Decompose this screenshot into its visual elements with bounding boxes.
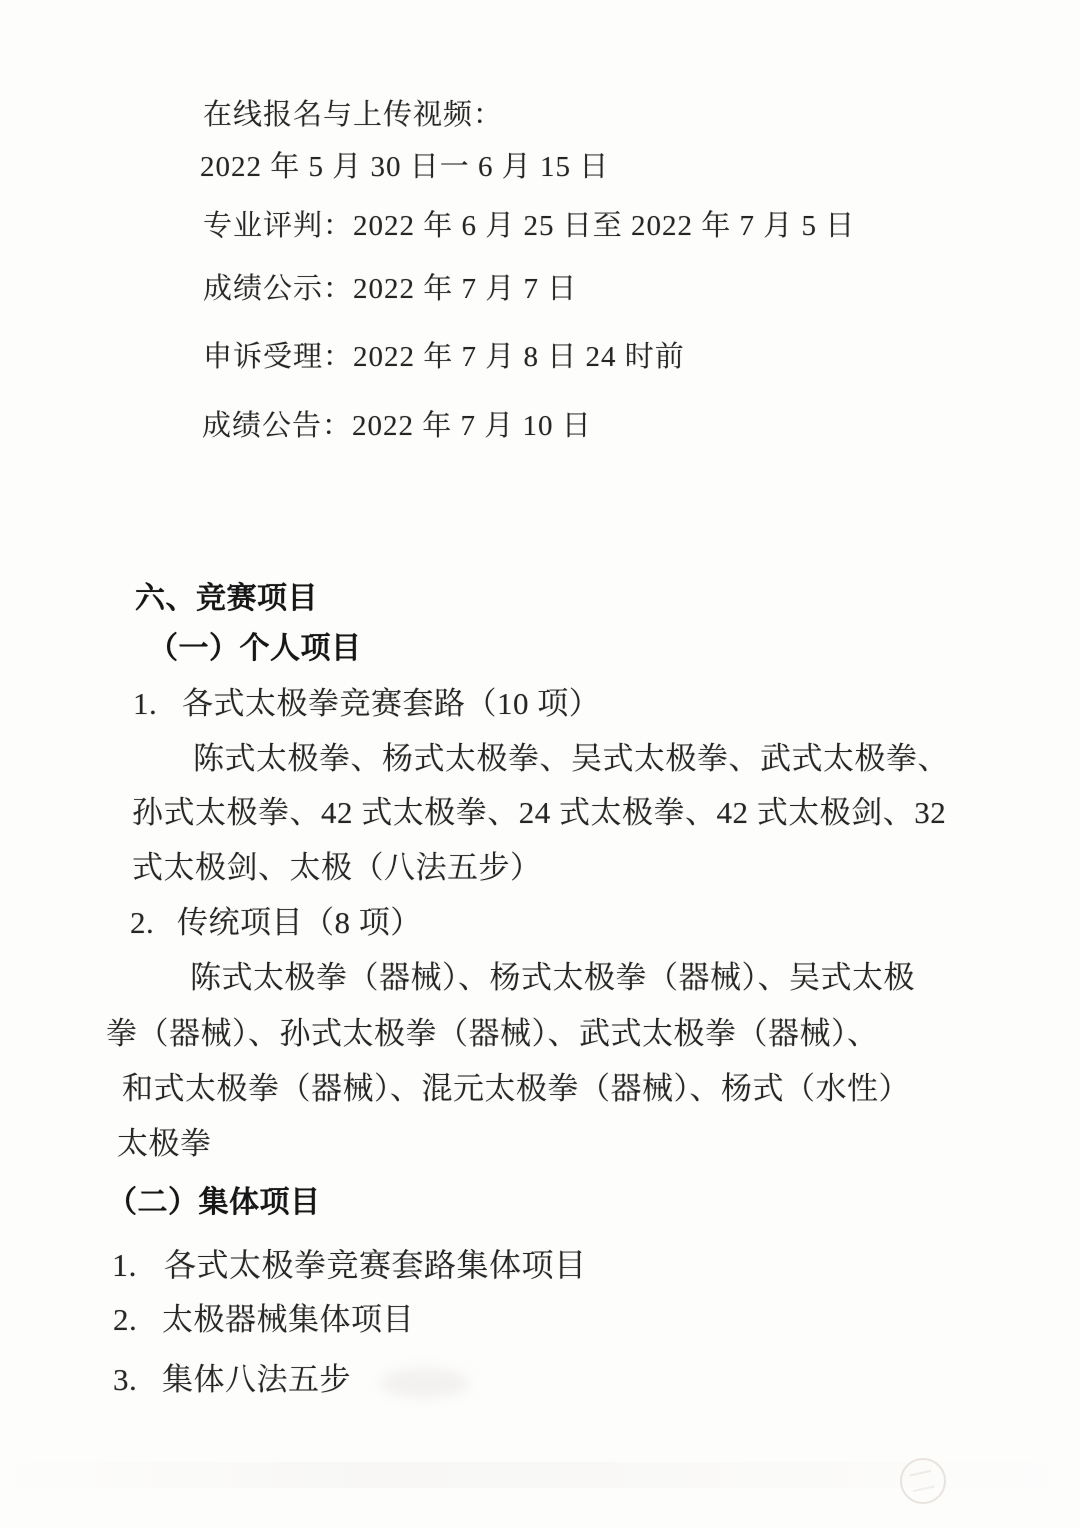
traditional-list-line-1: 陈式太极拳（器械）、杨式太极拳（器械）、吴式太极 [190, 961, 915, 996]
judging-period: 专业评判：2022 年 6 月 25 日至 2022 年 7 月 5 日 [203, 210, 855, 242]
stamp-watermark [900, 1458, 946, 1504]
item-number: 1. [112, 1248, 164, 1284]
group-item-3: 3.集体八法五步 [113, 1363, 351, 1398]
taiji-routine-list-line-3: 式太极剑、太极（八法五步） [132, 851, 542, 886]
scanned-document-page: 在线报名与上传视频： 2022 年 5 月 30 日一 6 月 15 日 专业评… [0, 0, 1080, 1528]
item-title: 各式太极拳竞赛套路集体项目 [164, 1247, 587, 1283]
individual-events-heading: （一）个人项目 [148, 632, 362, 666]
taiji-routine-list-line-2: 孙式太极拳、42 式太极拳、24 式太极拳、42 式太极剑、32 [132, 796, 946, 831]
taiji-routine-list-line-1: 陈式太极拳、杨式太极拳、吴式太极拳、武式太极拳、 [193, 742, 949, 777]
traditional-list-line-4: 太极拳 [117, 1127, 212, 1162]
appeal-deadline: 申诉受理：2022 年 7 月 8 日 24 时前 [203, 341, 685, 373]
results-publicity-date: 成绩公示：2022 年 7 月 7 日 [203, 273, 577, 305]
item-number: 2. [130, 906, 177, 941]
traditional-list-line-2: 拳（器械）、孙式太极拳（器械）、武式太极拳（器械）、 [106, 1017, 879, 1052]
results-announcement-date: 成绩公告：2022 年 7 月 10 日 [202, 410, 592, 442]
item-title: 传统项目（8 项） [177, 905, 422, 940]
group-events-heading: （二）集体项目 [107, 1186, 321, 1220]
item-title: 太极器械集体项目 [162, 1302, 414, 1337]
individual-item-2: 2.传统项目（8 项） [130, 906, 422, 941]
item-number: 3. [113, 1363, 162, 1398]
item-number: 1. [133, 687, 182, 722]
registration-upload-label: 在线报名与上传视频： [203, 99, 503, 131]
item-title: 集体八法五步 [162, 1362, 351, 1397]
individual-item-1: 1.各式太极拳竞赛套路（10 项） [133, 687, 600, 722]
competition-events-heading: 六、竞赛项目 [135, 582, 318, 616]
scan-artifact-smudge [380, 1368, 470, 1398]
item-title: 各式太极拳竞赛套路（10 项） [182, 686, 600, 721]
item-number: 2. [113, 1303, 162, 1338]
group-item-2: 2.太极器械集体项目 [113, 1303, 414, 1338]
registration-period: 2022 年 5 月 30 日一 6 月 15 日 [200, 151, 609, 183]
traditional-list-line-3: 和式太极拳（器械）、混元太极拳（器械）、杨式（水性） [122, 1072, 910, 1107]
group-item-1: 1.各式太极拳竞赛套路集体项目 [112, 1248, 587, 1284]
